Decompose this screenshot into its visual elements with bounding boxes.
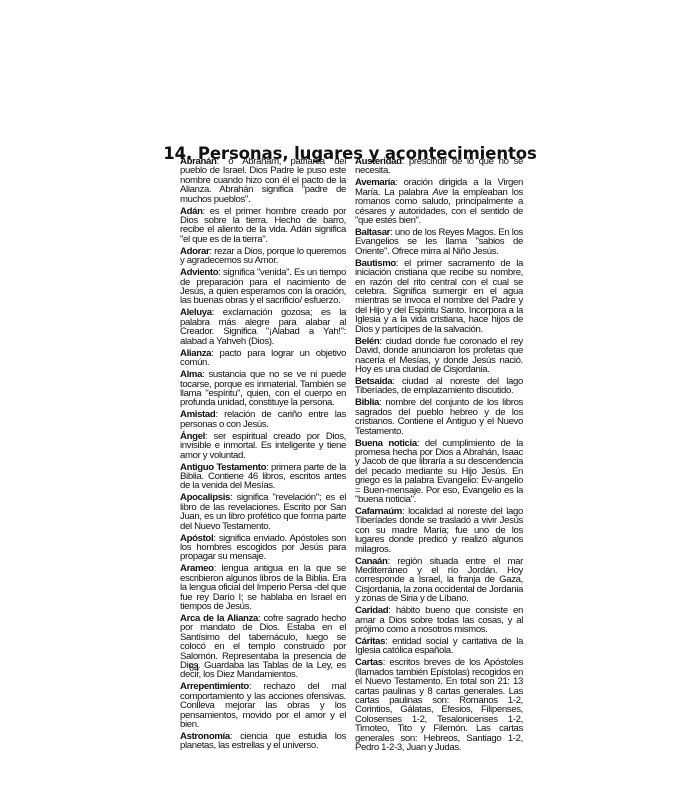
glossary-entry: Arameo: lengua antigua en la que se escr… — [180, 564, 346, 611]
right-column: Austeridad: prescindir de lo que no se n… — [355, 157, 523, 755]
glossary-entry: Alma: sustancia que no se ve ni puede to… — [180, 370, 346, 408]
glossary-entry: Biblia: nombre del conjunto de los libro… — [355, 398, 523, 436]
entry-definition: : escritos breves de los Apóstoles (llam… — [355, 657, 523, 753]
glossary-entry: Avemaría: oración dirigida a la Virgen M… — [355, 178, 523, 225]
entry-definition: : sustancia que no se ve ni puede tocars… — [180, 369, 346, 408]
glossary-entry: Adviento: significa "venida". Es un tiem… — [180, 268, 346, 306]
glossary-entry: Adorar: rezar a Dios, porque lo queremos… — [180, 247, 346, 266]
entry-definition: : cofre sagrado hecho por mandato de Dio… — [180, 613, 346, 680]
glossary-entry: Astronomía: ciencia que estudia los plan… — [180, 732, 346, 751]
glossary-entry: Adán: es el primer hombre creado por Dio… — [180, 207, 346, 245]
glossary-entry: Apocalipsis: significa "revelación"; es … — [180, 493, 346, 531]
glossary-entry: Ángel: ser espiritual creado por Dios, i… — [180, 432, 346, 460]
entry-definition: : nombre del conjunto de los libros sagr… — [355, 397, 523, 436]
glossary-entry: Aleluya: exclamación gozosa; es la palab… — [180, 308, 346, 346]
glossary-entry: Cáritas: entidad social y caritativa de … — [355, 637, 523, 656]
glossary-entry: Cafarnaúm: localidad al noreste del lago… — [355, 507, 523, 554]
glossary-entry: Antiguo Testamento: primera parte de la … — [180, 463, 346, 491]
glossary-entry: Buena noticia: del cumplimiento de la pr… — [355, 439, 523, 505]
glossary-entry: Caridad: hábito bueno que consiste en am… — [355, 606, 523, 634]
entry-definition: : el primer sacramento de la iniciación … — [355, 258, 523, 335]
glossary-entry: Bautismo: el primer sacramento de la ini… — [355, 259, 523, 334]
page-number: 64 — [189, 663, 199, 674]
glossary-entry: Apóstol: significa enviado. Apóstoles so… — [180, 534, 346, 562]
glossary-entry: Alianza: pacto para lograr un objetivo c… — [180, 349, 346, 368]
entry-definition: : del cumplimiento de la promesa hecha p… — [355, 438, 523, 505]
glossary-entry: Baltasar: uno de los Reyes Magos. En los… — [355, 228, 523, 256]
glossary-entry: Cartas: escritos breves de los Apóstoles… — [355, 658, 523, 752]
glossary-entry: Arrepentimiento: rechazo del mal comport… — [180, 682, 346, 729]
entry-definition: : ser espiritual creado por Dios, invisi… — [180, 431, 346, 461]
glossary-entry: Canaán: región situada entre el mar Medi… — [355, 557, 523, 604]
glossary-entry: Austeridad: prescindir de lo que no se n… — [355, 157, 523, 176]
glossary-entry: Arca de la Alianza: cofre sagrado hecho … — [180, 614, 346, 680]
left-column: Abrahán: o Abraham, patriarca del pueblo… — [180, 157, 346, 753]
entry-definition: : es el primer hombre creado por Dios so… — [180, 206, 346, 245]
entry-definition: : ciudad donde fue coronado el rey David… — [355, 336, 523, 375]
glossary-entry: Amistad: relación de cariño entre las pe… — [180, 410, 346, 429]
glossary-entry: Abrahán: o Abraham, patriarca del pueblo… — [180, 157, 346, 204]
glossary-entry: Belén: ciudad donde fue coronado el rey … — [355, 337, 523, 375]
glossary-entry: Betsaida: ciudad al noreste del lago Tib… — [355, 377, 523, 396]
